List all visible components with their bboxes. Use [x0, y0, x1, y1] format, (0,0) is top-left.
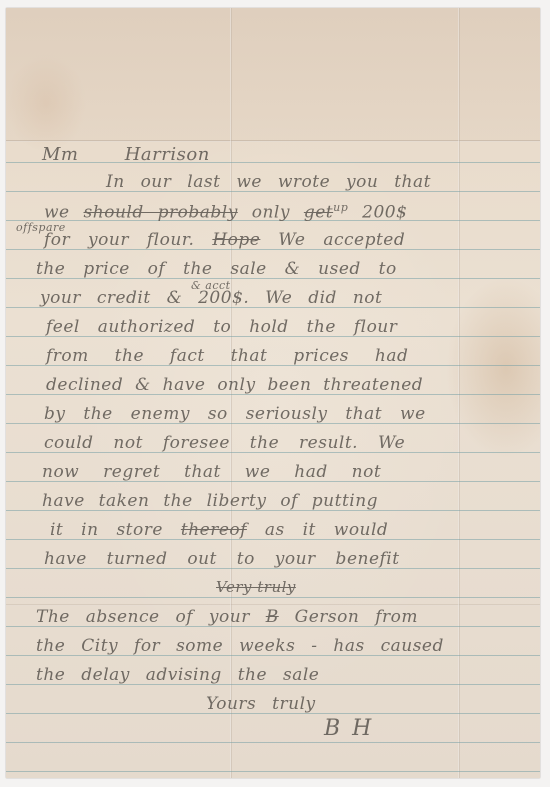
vertical-fold-right [458, 8, 460, 778]
letter-line-6: feel authorized to hold the flour [46, 317, 397, 337]
letter-line-4: the price of the sale & used to [36, 259, 397, 279]
letter-line-7: from the fact that prices had [46, 346, 408, 366]
ruled-line [6, 597, 540, 598]
signature: B H [324, 716, 372, 741]
ruled-line [6, 742, 540, 743]
letter-line-2: we should probably only getup 200$ [44, 201, 407, 223]
ruled-line [6, 771, 540, 772]
letter-line-16: the City for some weeks - has caused [36, 636, 444, 656]
letter-line-9: by the enemy so seriously that we [44, 404, 426, 424]
letter-line-3: for your flour. Hope We accepted [44, 230, 405, 250]
letter-line-11: now regret that we had not [42, 462, 381, 482]
salutation: Mm Harrison [42, 144, 210, 165]
letter-line-14: have turned out to your benefit [44, 549, 400, 569]
letter-line-12: have taken the liberty of putting [42, 491, 378, 511]
letter-line-8: declined & have only been threatened [46, 375, 423, 395]
letter-line-10: could not foresee the result. We [44, 433, 405, 453]
letter-line-15: The absence of your B Gerson from [36, 607, 418, 627]
letter-line-1: In our last we wrote you that [106, 172, 431, 192]
letter-line-17: the delay advising the sale [36, 665, 319, 685]
letter-line-5: your credit & 200$. We did not [40, 288, 382, 308]
letter-page: Mm Harrison In our last we wrote you tha… [6, 8, 540, 778]
letter-line-13: it in store thereof as it would [50, 520, 388, 540]
closing: Yours truly [206, 694, 316, 714]
struck-closing: Very truly [216, 578, 296, 596]
